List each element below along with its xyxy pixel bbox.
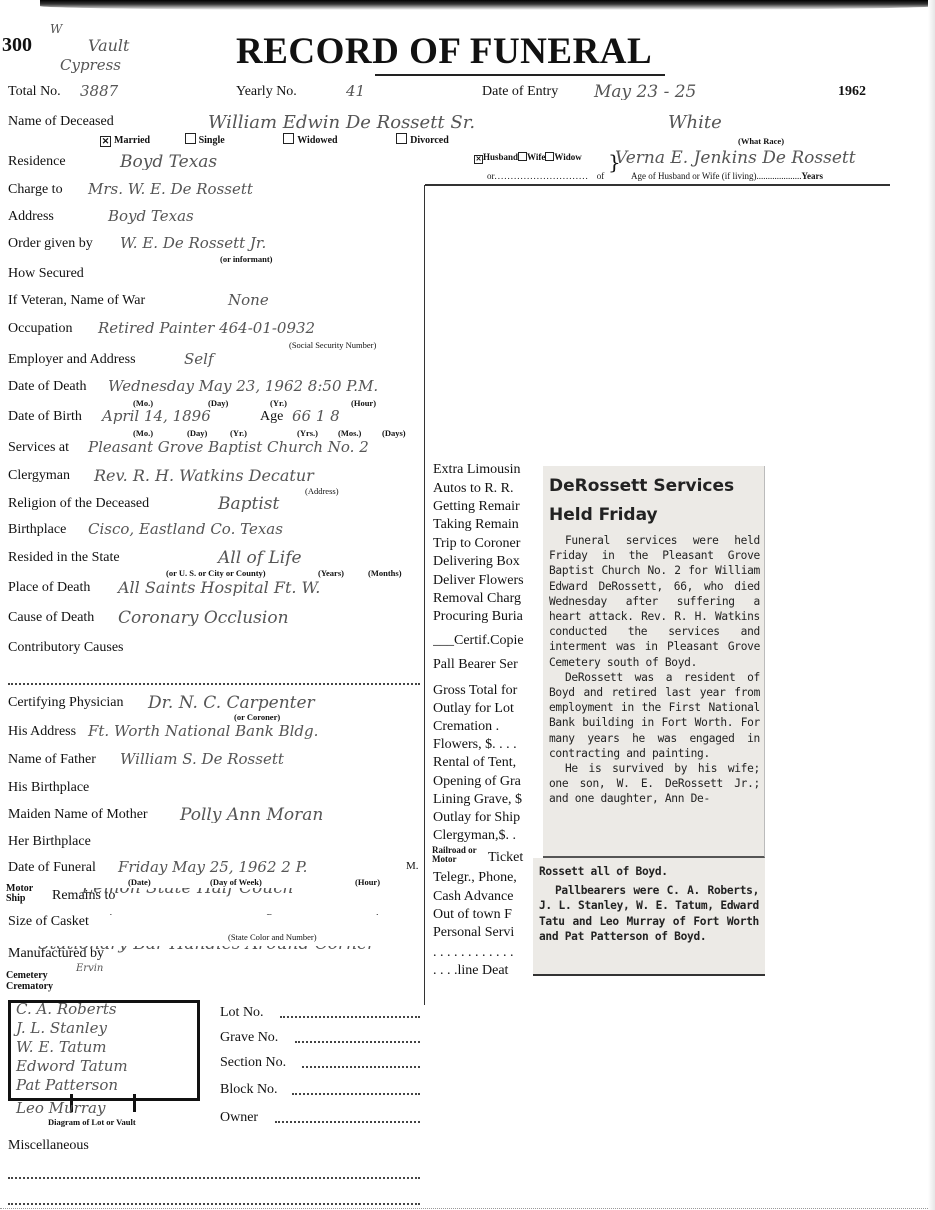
yearly-no-label: Yearly No. [236,84,297,99]
occupation-label: Occupation [8,321,73,336]
birth-day-caption: (Day) [187,428,207,438]
fee-gross-total: Gross Total for [433,683,543,699]
age-yrs-caption: (Yrs.) [297,428,318,438]
fee-outlay-shipping: Outlay for Ship [433,810,543,826]
age-label: Age [260,409,283,425]
date-of-entry-value: May 23 - 25 [594,84,696,100]
residence-value: Boyd Texas [120,154,217,170]
widow-label: Widow [554,152,581,162]
widowed-label: Widowed [297,135,337,146]
total-no-field[interactable]: Total No. 3887 [8,84,188,100]
pallbearer-2: J. L. Stanley [16,1019,128,1038]
fee-blank-line: . . . . . . . . . . . . [433,945,543,961]
contributory-causes-label: Contributory Causes [8,640,124,655]
mother-maiden-name-value: Polly Ann Moran [180,807,323,823]
address-field[interactable]: AddressBoyd Texas [8,209,420,225]
date-of-death-label: Date of Death [8,379,87,394]
total-no-label: Total No. [8,84,61,99]
husband-label: Husband [483,152,518,162]
spouse-name-value: Verna E. Jenkins De Rossett [615,148,856,168]
owner-label: Owner [220,1110,258,1125]
charge-to-value: Mrs. W. E. De Rossett [88,182,253,198]
birthplace-value: Cisco, Eastland Co. Texas [88,522,283,538]
manufactured-by-value: Stationary Bar Handles Around Corner [38,946,375,954]
single-checkbox[interactable]: Single [185,135,225,146]
miscellaneous-field[interactable]: Miscellaneous [8,1138,420,1154]
spouse-type-group: ✕HusbandWifeWidow [474,152,582,164]
resided-in-state-label: Resided in the State [8,550,120,565]
clergyman-label: Clergyman [8,468,70,483]
cause-of-death-value: Coronary Occlusion [118,610,289,626]
fee-getting-remains: Getting Remair [433,499,543,515]
funeral-meridiem: M. [406,860,419,872]
yearly-no-field[interactable]: Yearly No. 41 [236,84,426,100]
size-of-casket-value: Silver Taupe Broadcloth covering Med. Ta… [38,914,458,916]
fee-opening-grave: Opening of Gra [433,774,543,790]
spouse-or-line: or.............................of [487,171,604,181]
miscellaneous-line-3[interactable] [8,1203,420,1205]
his-birthplace-field[interactable]: His Birthplace [8,780,420,796]
lot-no-field[interactable]: Lot No. [220,1005,420,1021]
total-no-value: 3887 [80,84,118,100]
fee-certif-copies: ___Certif.Copie [433,633,543,649]
occupation-field[interactable]: OccupationRetired Painter 464-01-0932 [8,321,420,337]
residence-field[interactable]: Residence Boyd Texas [8,154,470,170]
corner-note-vault: Vault [88,36,129,55]
informant-caption: (or informant) [220,254,273,264]
wife-label: Wife [527,152,545,162]
section-no-label: Section No. [220,1055,286,1070]
coroner-caption: (or Coroner) [234,712,280,722]
father-name-label: Name of Father [8,752,96,767]
title-underline [375,74,665,76]
father-name-value: William S. De Rossett [120,752,284,768]
corner-note-cypress: Cypress [60,56,121,74]
veteran-war-field[interactable]: If Veteran, Name of WarNone [8,293,420,309]
scan-top-edge [40,0,935,10]
clergy-address-caption: (Address) [305,486,339,496]
death-yr-caption: (Yr.) [270,398,287,408]
clipping-headline-line1: DeRossett Services [549,472,760,501]
page-title: RECORD OF FUNERAL [236,30,652,73]
fee-taking-remains: Taking Remain [433,517,543,533]
fee-telegraph-phone: Telegr., Phone, [433,870,543,886]
married-label: Married [114,135,150,146]
section-no-field[interactable]: Section No. [220,1055,420,1071]
size-of-casket-field[interactable]: Size of CasketSilver Taupe Broadcloth co… [8,914,468,930]
pallbearer-1: C. A. Roberts [16,1000,128,1019]
clipping-paragraph-1: Funeral services were held Friday in the… [549,533,760,670]
age-value: 66 1 8 [292,409,340,425]
date-of-entry-field[interactable]: Date of Entry May 23 - 25 1962 [482,84,892,100]
certifying-physician-value: Dr. N. C. Carpenter [148,695,315,711]
manufactured-by-field[interactable]: Manufactured byStationary Bar Handles Ar… [8,946,448,962]
wife-checkbox[interactable]: Wife [518,152,545,162]
physician-address-label: His Address [8,724,76,739]
resided-in-state-value: All of Life [218,550,302,566]
fee-delivering-box: Delivering Box [433,554,543,570]
services-at-field[interactable]: Services atPleasant Grove Baptist Church… [8,440,420,456]
name-of-deceased-label: Name of Deceased [8,114,114,129]
date-of-death-value: Wednesday May 23, 1962 8:50 P.M. [108,379,378,395]
cause-of-death-field[interactable]: Cause of DeathCoronary Occlusion [8,610,420,626]
divorced-label: Divorced [410,135,449,146]
employer-value: Self [184,352,214,368]
pallbearer-6: Leo Murray [16,1099,128,1118]
death-hour-caption: (Hour) [351,398,376,408]
date-of-funeral-field[interactable]: Date of FuneralFriday May 25, 1962 2 P.M… [8,860,420,876]
residence-label: Residence [8,154,66,169]
owner-field[interactable]: Owner [220,1110,420,1126]
married-checkbox[interactable]: ✕Married [100,135,150,146]
clipping-paragraph-2: DeRossett was a resident of Boyd and ret… [549,670,760,761]
fee-lining-grave: Lining Grave, $ [433,792,543,808]
clipping-headline-line2: Held Friday [549,501,760,530]
diagram-caption: Diagram of Lot or Vault [48,1117,136,1127]
contributory-causes-line-2[interactable] [8,683,420,685]
mother-maiden-name-label: Maiden Name of Mother [8,807,148,822]
birth-yr-caption: (Yr.) [230,428,247,438]
fee-out-of-town: Out of town F [433,907,543,923]
fee-cash-advance: Cash Advance [433,889,543,905]
spouse-age-label: Age of Husband or Wife (if living) [631,171,756,181]
single-label: Single [199,135,225,146]
date-of-birth-value: April 14, 1896 [102,409,211,425]
date-of-birth-label: Date of Birth [8,409,82,424]
grave-no-label: Grave No. [220,1030,278,1045]
date-of-death-field[interactable]: Date of DeathWednesday May 23, 1962 8:50… [8,379,420,395]
cause-of-death-label: Cause of Death [8,610,94,625]
corner-initials: W [50,22,62,36]
page-bottom-edge [0,1208,928,1209]
pallbearer-3: W. E. Tatum [16,1038,128,1057]
fee-personal-service: Personal Servi [433,925,543,941]
spouse-age-unit: Years [801,171,823,181]
date-of-funeral-value: Friday May 25, 1962 2 P. [118,860,307,876]
date-of-entry-label: Date of Entry [482,84,558,99]
fee-procuring-burial: Procuring Buria [433,609,543,625]
mother-maiden-name-field[interactable]: Maiden Name of MotherPolly Ann Moran [8,807,420,823]
spouse-age-field[interactable]: Age of Husband or Wife (if living)......… [631,171,823,181]
charge-to-label: Charge to [8,182,63,197]
fee-extra-limousine: Extra Limousin [433,462,543,478]
birth-mo-caption: (Mo.) [133,428,153,438]
fee-trip-coroner: Trip to Coroner [433,536,543,552]
name-of-deceased-field[interactable]: Name of Deceased William Edwin De Rosset… [8,114,833,130]
spouse-of-label: of [597,171,605,181]
death-mo-caption: (Mo.) [133,398,153,408]
address-value: Boyd Texas [108,209,194,225]
fee-deadline: . . . .line Deat [433,963,543,979]
fee-cremation: Cremation . [433,719,543,735]
remains-to-value: Lemon State Half Couch [82,888,294,898]
how-secured-field[interactable]: How Secured [8,266,420,282]
grave-no-field[interactable]: Grave No. [220,1030,420,1046]
resided-in-state-field[interactable]: Resided in the StateAll of Life [8,550,420,566]
block-no-field[interactable]: Block No. [220,1082,420,1098]
clergyman-value: Rev. R. H. Watkins Decatur [94,468,314,484]
services-at-label: Services at [8,440,69,455]
spouse-or-label: or [487,171,495,181]
place-of-death-label: Place of Death [8,580,90,595]
name-of-deceased-value: William Edwin De Rossett Sr. [208,114,475,130]
scan-right-edge [928,0,935,1210]
date-of-entry-year: 1962 [838,84,866,100]
birthplace-field[interactable]: BirthplaceCisco, Eastland Co. Texas [8,522,420,538]
remains-to-field[interactable]: Remains toLemon State Half Couch [52,888,420,904]
clipping-paragraph-3: He is survived by his wife; one son, W. … [549,761,760,807]
clipping-paragraph-4: Rossett all of Boyd. [539,864,759,879]
husband-checkbox[interactable]: ✕Husband [474,152,518,162]
clergyman-field[interactable]: ClergymanRev. R. H. Watkins Decatur [8,468,448,484]
divorced-checkbox[interactable]: Divorced [396,135,449,146]
veteran-war-label: If Veteran, Name of War [8,293,145,308]
physician-address-field[interactable]: His AddressFt. Worth National Bank Bldg. [8,724,420,740]
state-caption: (or U. S. or City or County) [166,568,266,578]
miscellaneous-line-2[interactable] [8,1177,420,1179]
employer-field[interactable]: Employer and AddressSelf [8,352,420,368]
record-corner-number: 300 [2,34,32,57]
pallbearer-5: Pat Patterson [16,1076,128,1095]
religion-label: Religion of the Deceased [8,496,149,511]
father-name-field[interactable]: Name of FatherWilliam S. De Rossett [8,752,420,768]
widowed-checkbox[interactable]: Widowed [283,135,337,146]
order-given-by-value: W. E. De Rossett Jr. [120,236,266,252]
her-birthplace-label: Her Birthplace [8,834,91,849]
services-at-value: Pleasant Grove Baptist Church No. 2 [88,440,369,456]
fee-deliver-flowers: Deliver Flowers [433,573,543,589]
certifying-physician-field[interactable]: Certifying PhysicianDr. N. C. Carpenter [8,695,420,711]
date-of-funeral-label: Date of Funeral [8,860,96,875]
cemetery-note: Ervin [76,963,103,974]
race-caption: (What Race) [738,136,784,146]
size-of-casket-label: Size of Casket [8,914,89,929]
block-no-label: Block No. [220,1082,278,1097]
newspaper-clipping-upper: DeRossett Services Held Friday Funeral s… [543,466,765,858]
fee-railroad-label: Railroad or Motor [432,846,480,864]
race-value: White [668,114,722,130]
contributory-causes-field[interactable]: Contributory Causes [8,640,420,656]
right-box-top-rule [425,184,890,186]
motor-ship-label: Motor Ship [6,884,40,904]
fee-autos-rr: Autos to R. R. [433,481,543,497]
casket-caption: (State Color and Number) [228,932,317,942]
miscellaneous-label: Miscellaneous [8,1138,89,1153]
newspaper-clipping-lower: Rossett all of Boyd. Pallbearers were C.… [533,858,765,976]
funeral-day-caption: (Day of Week) [210,877,262,887]
age-mos-caption: (Mos.) [338,428,361,438]
death-day-caption: (Day) [208,398,228,408]
veteran-war-value: None [228,293,269,309]
fee-clergyman: Clergyman,$. . [433,828,543,844]
yearly-no-value: 41 [346,84,365,100]
how-secured-label: How Secured [8,266,84,281]
fee-pall-bearer: Pall Bearer Ser [433,657,543,673]
age-days-caption: (Days) [382,428,406,438]
lot-no-label: Lot No. [220,1005,264,1020]
diagram-leg-right [133,1094,136,1112]
marital-status-group: ✕Married Single Widowed Divorced [100,133,449,147]
fee-outlay-lot: Outlay for Lot [433,701,543,717]
fee-removal-charge: Removal Charg [433,591,543,607]
place-of-death-field[interactable]: Place of DeathAll Saints Hospital Ft. W. [8,580,448,596]
pallbearer-4: Edword Tatum [16,1057,128,1076]
place-of-death-value: All Saints Hospital Ft. W. [118,580,320,596]
fee-flowers: Flowers, $. . . . [433,737,543,753]
birthplace-label: Birthplace [8,522,66,537]
state-months-caption: (Months) [368,568,402,578]
charge-to-field[interactable]: Charge toMrs. W. E. De Rossett [8,182,420,198]
physician-address-value: Ft. Worth National Bank Bldg. [88,724,318,740]
order-given-by-field[interactable]: Order given byW. E. De Rossett Jr. [8,236,420,252]
widow-checkbox[interactable]: Widow [545,152,581,162]
occupation-value: Retired Painter 464-01-0932 [98,321,315,337]
ssn-caption: (Social Security Number) [289,340,376,350]
date-of-birth-field[interactable]: Date of BirthApril 14, 1896Age66 1 8 [8,409,420,425]
certifying-physician-label: Certifying Physician [8,695,124,710]
funeral-hour-caption: (Hour) [355,877,380,887]
religion-field[interactable]: Religion of the DeceasedBaptist [8,496,420,512]
funeral-date-caption: (Date) [128,877,151,887]
fee-rental-tent: Rental of Tent, [433,755,543,771]
her-birthplace-field[interactable]: Her Birthplace [8,834,420,850]
his-birthplace-label: His Birthplace [8,780,89,795]
religion-value: Baptist [218,496,279,512]
cemetery-crematory-label: Cemetery Crematory [6,970,66,992]
clipping-paragraph-5: Pallbearers were C. A. Roberts, J. L. St… [539,883,759,944]
order-given-by-label: Order given by [8,236,93,251]
employer-label: Employer and Address [8,352,136,367]
pallbearer-list: C. A. Roberts J. L. Stanley W. E. Tatum … [16,1000,128,1118]
address-label: Address [8,209,54,224]
state-years-caption: (Years) [318,568,344,578]
